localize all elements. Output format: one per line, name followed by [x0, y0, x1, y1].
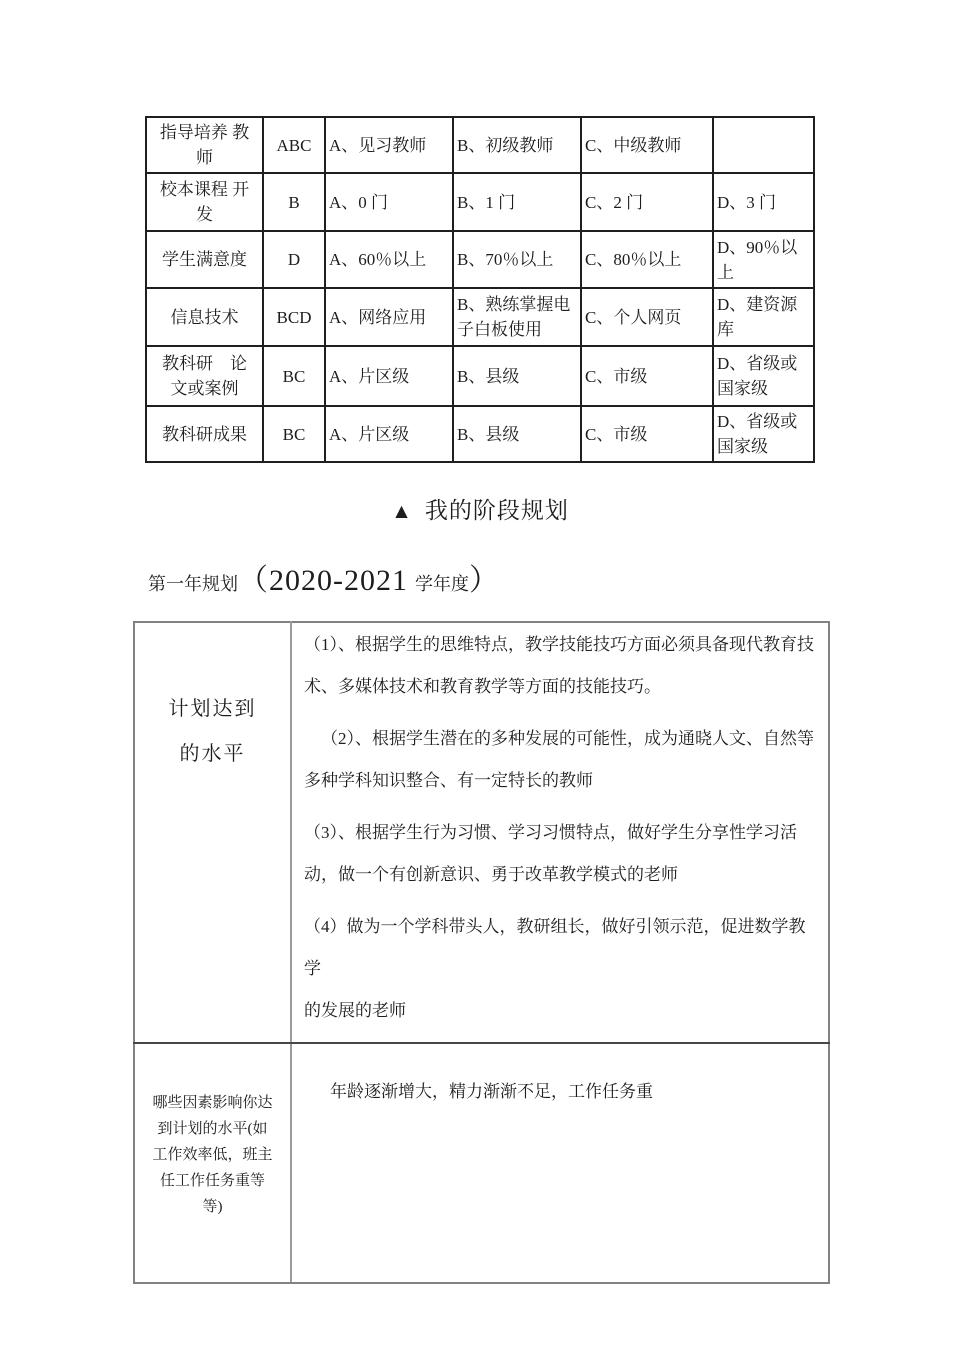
option-b-cell: B、熟练掌握电 子白板使用: [453, 288, 581, 346]
grade-code-cell: BC: [263, 406, 325, 462]
option-d-cell: D、省级或 国家级: [713, 346, 814, 406]
influence-factors-answer-cell: 年龄逐渐增大，精力渐渐不足，工作任务重: [291, 1043, 829, 1283]
row-label-cell: 学生满意度: [146, 231, 263, 288]
plan-heading-prefix: 第一年规划: [148, 574, 238, 594]
section-title-text: 我的阶段规划: [425, 498, 569, 523]
section-title: ▲我的阶段规划: [0, 496, 960, 526]
table-row: 学生满意度 D A、60％以上 B、70％以上 C、80％以上 D、90％以 上: [146, 231, 814, 288]
option-d-cell: D、建资源 库: [713, 288, 814, 346]
option-d-cell: [713, 117, 814, 173]
plan-paragraph-3: （3）、根据学生行为习惯、学习习惯特点，做好学生分享性学习活 动，做一个有创新意…: [304, 812, 820, 896]
plan-level-label-cell: 计划达到 的水平: [134, 622, 291, 1043]
stage-plan-table: 计划达到 的水平 （1）、根据学生的思维特点，教学技能技巧方面必须具备现代教育技…: [133, 621, 830, 1284]
option-c-cell: C、市级: [581, 406, 713, 462]
option-d-cell: D、90％以 上: [713, 231, 814, 288]
influence-factors-label-cell: 哪些因素影响你达 到计划的水平(如 工作效率低，班主 任工作任务重等 等): [134, 1043, 291, 1283]
option-c-cell: C、中级教师: [581, 117, 713, 173]
grade-code-cell: BCD: [263, 288, 325, 346]
triangle-icon: ▲: [391, 499, 412, 523]
option-c-cell: C、个人网页: [581, 288, 713, 346]
table-row: 指导培养 教 师 ABC A、见习教师 B、初级教师 C、中级教师: [146, 117, 814, 173]
option-a-cell: A、网络应用: [325, 288, 453, 346]
option-a-cell: A、见习教师: [325, 117, 453, 173]
option-c-cell: C、2 门: [581, 173, 713, 231]
grade-code-cell: B: [263, 173, 325, 231]
assessment-criteria-table: 指导培养 教 师 ABC A、见习教师 B、初级教师 C、中级教师 校本课程 开…: [145, 116, 815, 463]
plan-paragraph-4: （4）做为一个学科带头人，教研组长，做好引领示范，促进数学教学 的发展的老师: [304, 906, 820, 1032]
table-row: 计划达到 的水平 （1）、根据学生的思维特点，教学技能技巧方面必须具备现代教育技…: [134, 622, 829, 1043]
option-a-cell: A、片区级: [325, 406, 453, 462]
plan-level-content-cell: （1）、根据学生的思维特点，教学技能技巧方面必须具备现代教育技 术、多媒体技术和…: [291, 622, 829, 1043]
option-b-cell: B、70％以上: [453, 231, 581, 288]
option-c-cell: C、80％以上: [581, 231, 713, 288]
option-c-cell: C、市级: [581, 346, 713, 406]
row-label-cell: 教科研成果: [146, 406, 263, 462]
option-b-cell: B、初级教师: [453, 117, 581, 173]
table-row: 教科研成果 BC A、片区级 B、县级 C、市级 D、省级或 国家级: [146, 406, 814, 462]
table-row: 校本课程 开 发 B A、0 门 B、1 门 C、2 门 D、3 门: [146, 173, 814, 231]
option-d-cell: D、省级或 国家级: [713, 406, 814, 462]
plan-heading-close-paren: ）: [469, 564, 500, 597]
row-label-cell: 信息技术: [146, 288, 263, 346]
plan-paragraph-2: （2）、根据学生潜在的多种发展的可能性，成为通晓人文、自然等 多种学科知识整合、…: [304, 718, 820, 802]
plan-heading-years: （2020-2021: [238, 564, 408, 597]
option-a-cell: A、片区级: [325, 346, 453, 406]
option-b-cell: B、县级: [453, 406, 581, 462]
plan-heading-suffix: 学年度: [415, 574, 469, 594]
row-label-cell: 校本课程 开 发: [146, 173, 263, 231]
assessment-table-body: 指导培养 教 师 ABC A、见习教师 B、初级教师 C、中级教师 校本课程 开…: [146, 117, 814, 462]
option-d-cell: D、3 门: [713, 173, 814, 231]
table-row: 哪些因素影响你达 到计划的水平(如 工作效率低，班主 任工作任务重等 等) 年龄…: [134, 1043, 829, 1283]
table-row: 信息技术 BCD A、网络应用 B、熟练掌握电 子白板使用 C、个人网页 D、建…: [146, 288, 814, 346]
row-label-cell: 指导培养 教 师: [146, 117, 263, 173]
grade-code-cell: BC: [263, 346, 325, 406]
option-a-cell: A、60％以上: [325, 231, 453, 288]
grade-code-cell: D: [263, 231, 325, 288]
option-b-cell: B、1 门: [453, 173, 581, 231]
document-page: 指导培养 教 师 ABC A、见习教师 B、初级教师 C、中级教师 校本课程 开…: [0, 0, 960, 1357]
table-row: 教科研 论 文或案例 BC A、片区级 B、县级 C、市级 D、省级或 国家级: [146, 346, 814, 406]
plan-paragraph-1: （1）、根据学生的思维特点，教学技能技巧方面必须具备现代教育技 术、多媒体技术和…: [304, 624, 820, 708]
first-year-plan-heading: 第一年规划（2020-2021学年度）: [148, 561, 500, 604]
row-label-cell: 教科研 论 文或案例: [146, 346, 263, 406]
stage-plan-table-body: 计划达到 的水平 （1）、根据学生的思维特点，教学技能技巧方面必须具备现代教育技…: [134, 622, 829, 1283]
grade-code-cell: ABC: [263, 117, 325, 173]
option-b-cell: B、县级: [453, 346, 581, 406]
option-a-cell: A、0 门: [325, 173, 453, 231]
